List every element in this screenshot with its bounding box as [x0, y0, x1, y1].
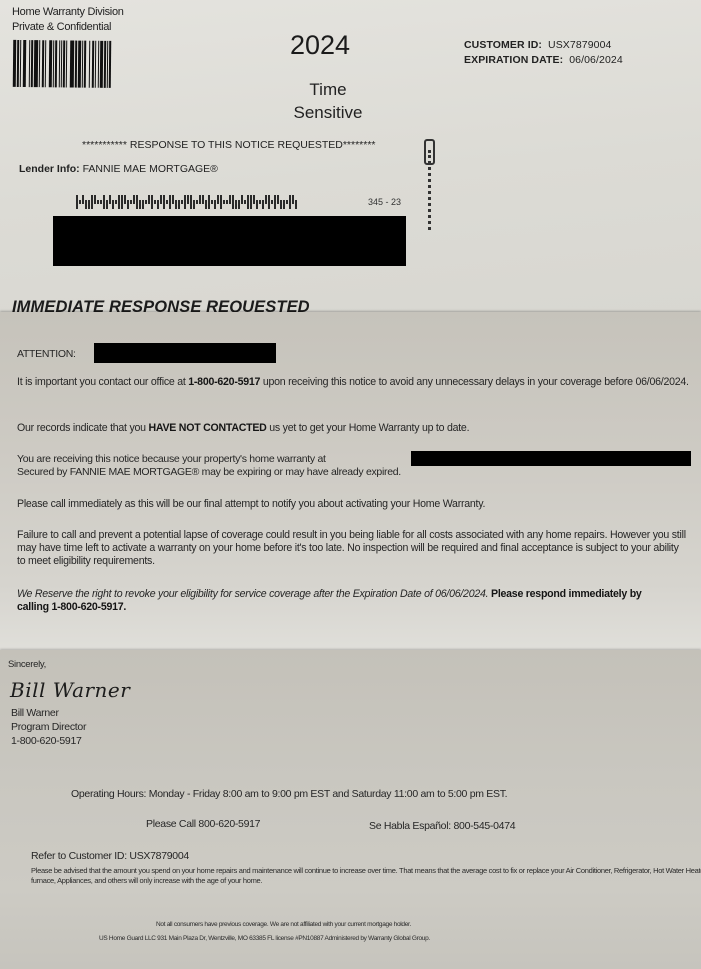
- paragraph-revoke: We Reserve the right to revoke your elig…: [17, 588, 647, 614]
- p1-text: It is important you contact our office a…: [17, 376, 188, 388]
- redacted-property-address: [411, 451, 691, 466]
- paragraph-final-attempt: Please call immediately as this will be …: [17, 498, 701, 511]
- time-sensitive-line2: Sensitive: [278, 103, 378, 123]
- sender-confidential: Private & Confidential: [12, 21, 111, 33]
- notice-body-panel: ATTENTION: It is important you contact o…: [0, 312, 701, 652]
- signature-script: Bill Warner: [10, 678, 130, 702]
- barcode: [13, 40, 223, 89]
- lender-value: FANNIE MAE MORTGAGE®: [83, 163, 218, 175]
- paragraph-liability: Failure to call and prevent a potential …: [17, 529, 687, 568]
- signer-title: Program Director: [11, 721, 86, 733]
- spanish-line: Se Habla Español: 800-545-0474: [369, 820, 515, 832]
- call-number: Please Call 800-620-5917: [146, 818, 260, 830]
- advisory-text: Please be advised that the amount you sp…: [31, 866, 701, 886]
- letter-header-panel: Home Warranty Division Private & Confide…: [0, 0, 701, 316]
- customer-id-value: USX7879004: [548, 39, 611, 51]
- p3-line2: Secured by FANNIE MAE MORTGAGE® may be e…: [17, 466, 401, 478]
- postal-barcode: [76, 195, 332, 209]
- attention-label: ATTENTION:: [17, 348, 76, 360]
- redacted-recipient: [94, 343, 276, 363]
- redacted-address: [53, 216, 406, 266]
- paragraph-contact: It is important you contact our office a…: [17, 376, 701, 389]
- customer-id: CUSTOMER ID:USX7879004: [464, 39, 611, 51]
- refer-customer-id: Refer to Customer ID: USX7879004: [31, 850, 189, 862]
- time-sensitive-line1: Time: [278, 80, 378, 100]
- sender-division: Home Warranty Division: [12, 6, 124, 18]
- p2-text-end: us yet to get your Home Warranty up to d…: [267, 422, 470, 434]
- response-requested-line: *********** RESPONSE TO THIS NOTICE REQU…: [82, 139, 376, 151]
- lender-info: Lender Info: FANNIE MAE MORTGAGE®: [19, 163, 218, 175]
- customer-id-label: CUSTOMER ID:: [464, 39, 542, 51]
- p1-text-end: upon receiving this notice to avoid any …: [260, 376, 689, 388]
- expiration-date: EXPIRATION DATE:06/06/2024: [464, 54, 623, 66]
- closing: Sincerely,: [8, 659, 46, 670]
- p2-text: Our records indicate that you: [17, 422, 148, 434]
- paragraph-not-contacted: Our records indicate that you HAVE NOT C…: [17, 422, 701, 435]
- expiration-label: EXPIRATION DATE:: [464, 54, 563, 66]
- p1-phone: 1-800-620-5917: [188, 376, 260, 388]
- p2-bold: HAVE NOT CONTACTED: [148, 422, 266, 434]
- p3-line1: You are receiving this notice because yo…: [17, 453, 326, 465]
- p6-text: We Reserve the right to revoke your elig…: [17, 588, 491, 600]
- lender-label: Lender Info:: [19, 163, 80, 175]
- expiration-value: 06/06/2024: [569, 54, 623, 66]
- operating-hours: Operating Hours: Monday - Friday 8:00 am…: [71, 788, 507, 800]
- perforation-line: [428, 150, 431, 230]
- signer-phone: 1-800-620-5917: [11, 735, 82, 747]
- signer-name: Bill Warner: [11, 707, 59, 719]
- disclaimer-line2: US Home Guard LLC 931 Main Plaza Dr, Wen…: [99, 935, 430, 942]
- disclaimer-line1: Not all consumers have previous coverage…: [156, 921, 411, 928]
- postal-code: 345 - 23: [368, 197, 401, 207]
- year-heading: 2024: [290, 30, 350, 61]
